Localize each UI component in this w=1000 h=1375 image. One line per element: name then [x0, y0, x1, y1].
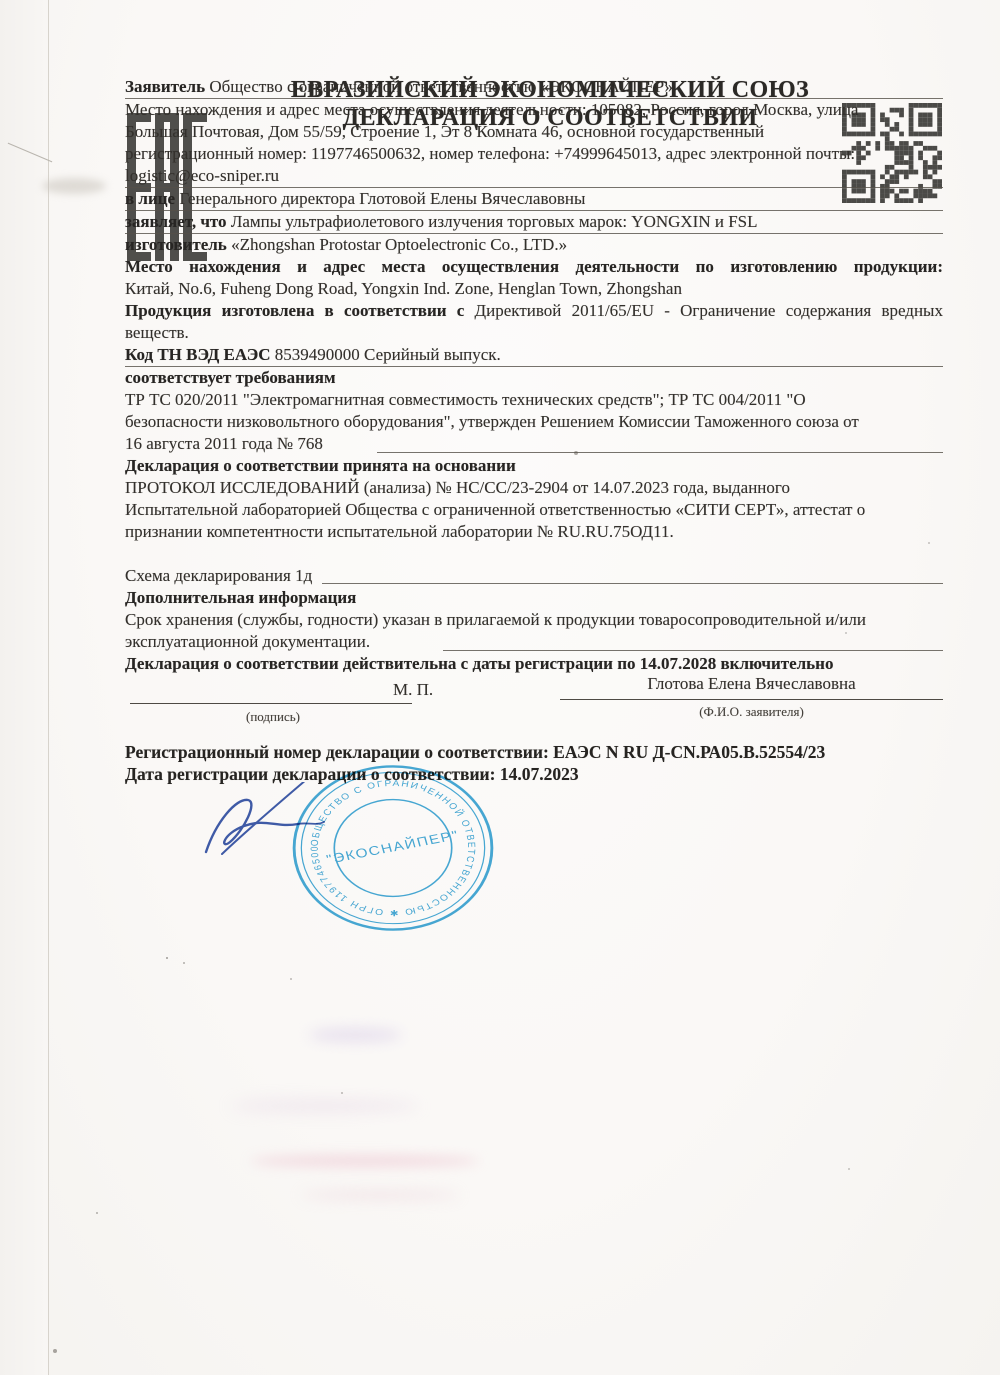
- form-line-filler: [443, 650, 943, 651]
- manufacturer-row: изготовитель «Zhongshan Protostar Optoel…: [125, 234, 943, 256]
- registration-number-row: Регистрационный номер декларации о соотв…: [125, 741, 943, 763]
- additional-label: Дополнительная информация: [125, 587, 943, 609]
- scan-left-margin: [0, 0, 48, 1375]
- fio-caption: (Ф.И.О. заявителя): [560, 701, 943, 723]
- signature-line: [130, 703, 412, 704]
- document-body: Заявитель Общество с ограниченной ответс…: [125, 76, 943, 785]
- manufacturer-value: «Zhongshan Protostar Optoelectronic Co.,…: [231, 235, 567, 254]
- registration-date-value: 14.07.2023: [500, 764, 579, 784]
- complies-text: ТР ТС 020/2011 "Электромагнитная совмест…: [125, 389, 943, 455]
- declaration-document: ЕВРАЗИЙСКИЙ ЭКОНОМИЧЕСКИЙ СОЮЗ ДЕКЛАРАЦИ…: [0, 0, 1000, 1375]
- declares-row: заявляет, что Лампы ультрафиолетового из…: [125, 211, 943, 234]
- validity-row: Декларация о соответствии действительна …: [125, 653, 943, 675]
- scan-smudge: [300, 1190, 460, 1200]
- complies-label: соответствует требованиям: [125, 367, 943, 389]
- scan-fold-line: [48, 0, 49, 1375]
- fio-block: Глотова Елена Вячеславовна (Ф.И.О. заяви…: [560, 673, 943, 723]
- basis-text: ПРОТОКОЛ ИССЛЕДОВАНИЙ (анализа) № НС/СС/…: [125, 477, 943, 543]
- mfg-address-label: Место нахождения и адрес места осуществл…: [125, 256, 943, 278]
- signature-caption: (подпись): [203, 706, 343, 728]
- applicant-value: Общество с ограниченной ответственностью…: [209, 77, 673, 96]
- scan-smudge: [308, 1028, 403, 1042]
- applicant-label: Заявитель: [125, 77, 205, 96]
- company-stamp: ОБЩЕСТВО С ОГРАНИЧЕННОЙ ОТВЕТСТВЕННОСТЬЮ…: [290, 763, 496, 933]
- basis-label: Декларация о соответствии принята на осн…: [125, 455, 943, 477]
- signature-area: (подпись) М. П. Глотова Елена Вячеславов…: [125, 675, 943, 737]
- directive-row: Продукция изготовлена в соответствии с Д…: [125, 300, 943, 344]
- mp-label: М. П.: [393, 679, 433, 701]
- tn-ved-row: Код ТН ВЭД ЕАЭС 8539490000 Серийный выпу…: [125, 344, 943, 367]
- in-person-row: в лице Генерального директора Глотовой Е…: [125, 188, 943, 211]
- registration-number-value: ЕАЭС N RU Д-CN.РА05.В.52554/23: [553, 742, 825, 762]
- fio-line: [560, 699, 943, 700]
- scheme-row: Схема декларирования 1д: [125, 565, 943, 587]
- fio-name: Глотова Елена Вячеславовна: [560, 673, 943, 695]
- declares-value: Лампы ультрафиолетового излучения торгов…: [231, 212, 758, 231]
- in-person-label: в лице: [125, 189, 175, 208]
- declares-label: заявляет, что: [125, 212, 227, 231]
- form-line-filler: [377, 452, 943, 453]
- form-line-filler: [322, 565, 943, 584]
- in-person-value: Генерального директора Глотовой Елены Вя…: [179, 189, 585, 208]
- directive-label: Продукция изготовлена в соответствии с: [125, 301, 464, 320]
- tn-ved-value: 8539490000 Серийный выпуск.: [275, 345, 501, 364]
- scheme-value: Схема декларирования 1д: [125, 565, 312, 587]
- applicant-address: Место нахождения и адрес места осуществл…: [125, 99, 943, 188]
- manufacturer-label: изготовитель: [125, 235, 227, 254]
- scan-smudge: [42, 178, 106, 194]
- registration-number-label: Регистрационный номер декларации о соотв…: [125, 742, 549, 762]
- applicant-row: Заявитель Общество с ограниченной ответс…: [125, 76, 943, 99]
- scan-smudge: [230, 1100, 420, 1112]
- mfg-address-value: Китай, No.6, Fuheng Dong Road, Yongxin I…: [125, 278, 943, 300]
- additional-text: Срок хранения (службы, годности) указан …: [125, 609, 943, 653]
- stamp-center-text: "ЭКОСНАЙПЕР": [324, 826, 461, 867]
- tn-ved-label: Код ТН ВЭД ЕАЭС: [125, 345, 271, 364]
- scan-specks: [0, 0, 2, 2]
- scan-smudge: [250, 1155, 480, 1167]
